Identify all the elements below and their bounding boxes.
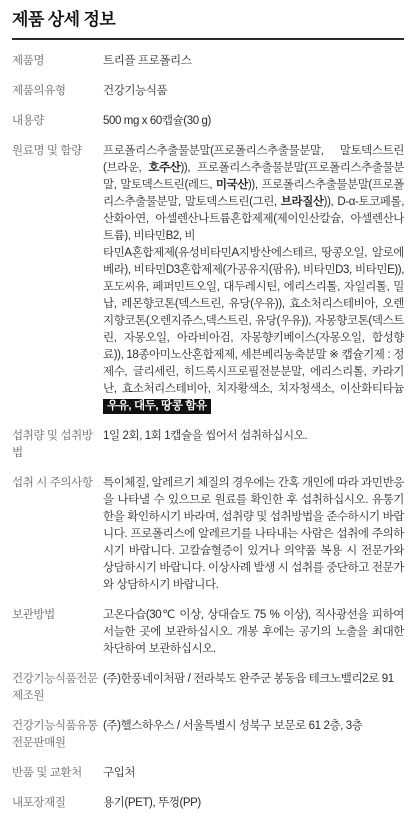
row-label: 원료명 및 함량 [12, 143, 103, 160]
row-value: (주)한풍네이처팜 / 전라북도 완주군 봉동읍 테크노밸리2로 91 [103, 671, 404, 688]
row-value: 500 mg x 60캡슐(30 g) [103, 113, 404, 130]
row-label: 섭취 시 주의사항 [12, 475, 103, 492]
row-value: 1일 2회, 1회 1캡슐을 씹어서 섭취하십시오. [103, 428, 404, 445]
row-value: (주)헬스하우스 / 서울특별시 성북구 보문로 61 2층, 3층 [103, 718, 404, 735]
table-row: 내포장재질 용기(PET), 뚜껑(PP) [12, 795, 404, 812]
row-label: 반품 및 교환처 [12, 765, 103, 782]
table-row: 보관방법 고온다습(30℃ 이상, 상대습도 75 % 이상), 직사광선을 피… [12, 607, 404, 658]
row-label: 건강기능식품유통 전문판매원 [12, 718, 103, 752]
row-label: 제품명 [12, 53, 103, 70]
row-value: 구입처 [103, 765, 404, 782]
spec-table: 제품명 트리플 프로폴리스 제품의유형 건강기능식품 내용량 500 mg x … [12, 53, 404, 812]
row-label: 내용량 [12, 113, 103, 130]
ingredient-text: )), D-α-토코페롤, 산화아연, 아셀렌산나트륨혼합제제(제이인산칼슘, … [103, 196, 407, 395]
row-value: 프로폴리스추출물분말(프로폴리스추출물분말, 말토덱스트린(브라운, 호주산))… [103, 143, 404, 415]
table-row: 섭취량 및 섭취방법 1일 2회, 1회 1캡슐을 씹어서 섭취하십시오. [12, 428, 404, 462]
title-divider [12, 38, 404, 40]
row-label: 보관방법 [12, 607, 103, 624]
row-value: 고온다습(30℃ 이상, 상대습도 75 % 이상), 직사광선을 피하여 서늘… [103, 607, 404, 658]
table-row: 제품의유형 건강기능식품 [12, 83, 404, 100]
row-value: 특이체질, 알레르기 체질의 경우에는 간혹 개인에 따라 과민반응을 나타낼 … [103, 475, 404, 594]
table-row: 제품명 트리플 프로폴리스 [12, 53, 404, 70]
table-row: 내용량 500 mg x 60캡슐(30 g) [12, 113, 404, 130]
table-row: 건강기능식품유통 전문판매원 (주)헬스하우스 / 서울특별시 성북구 보문로 … [12, 718, 404, 752]
row-label: 제품의유형 [12, 83, 103, 100]
table-row: 건강기능식품전문 제조원 (주)한풍네이처팜 / 전라북도 완주군 봉동읍 테크… [12, 671, 404, 705]
table-row: 반품 및 교환처 구입처 [12, 765, 404, 782]
allergen-badge: 우유, 대두, 땅콩 함유 [103, 399, 211, 414]
origin-bold-text: 호주산 [148, 162, 180, 174]
product-detail-panel: 제품 상세 정보 제품명 트리플 프로폴리스 제품의유형 건강기능식품 내용량 … [0, 0, 416, 826]
origin-bold-text: 브라질산 [281, 196, 324, 208]
row-value: 건강기능식품 [103, 83, 404, 100]
row-label: 내포장재질 [12, 795, 103, 812]
table-row: 섭취 시 주의사항 특이체질, 알레르기 체질의 경우에는 간혹 개인에 따라 … [12, 475, 404, 594]
row-label: 섭취량 및 섭취방법 [12, 428, 103, 462]
origin-bold-text: 미국산 [216, 179, 248, 191]
page-title: 제품 상세 정보 [12, 10, 404, 30]
row-label: 건강기능식품전문 제조원 [12, 671, 103, 705]
row-value: 트리플 프로폴리스 [103, 53, 404, 70]
row-value: 용기(PET), 뚜껑(PP) [103, 795, 404, 812]
table-row: 원료명 및 함량 프로폴리스추출물분말(프로폴리스추출물분말, 말토덱스트린(브… [12, 143, 404, 415]
